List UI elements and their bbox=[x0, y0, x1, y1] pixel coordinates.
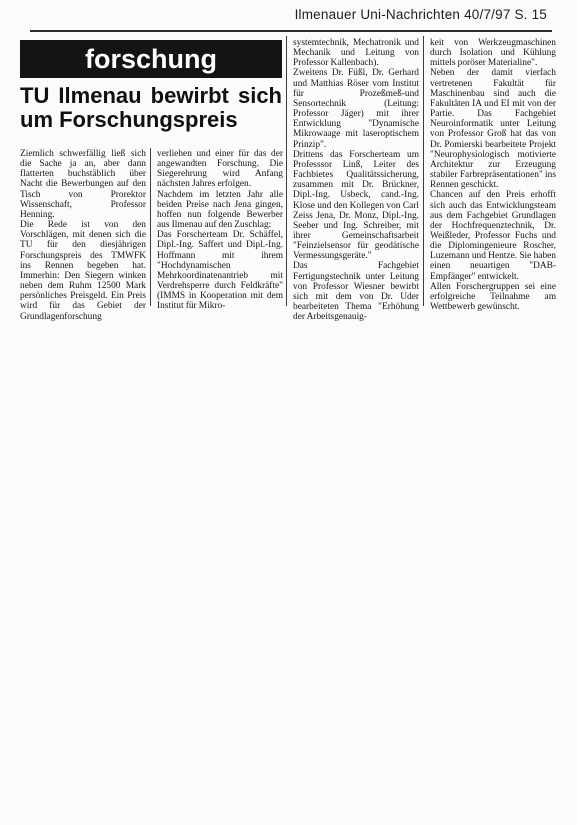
paragraph: Ziemlich schwerfällig ließ sich die Sach… bbox=[20, 149, 146, 220]
article-headline: TU Ilmenau bewirbt sich um Forschungspre… bbox=[20, 84, 282, 132]
article-column-4: keit von Werkzeugmaschinen durch Isolati… bbox=[430, 38, 556, 312]
paragraph: Das Fachgebiet Fertigungstechnik unter L… bbox=[293, 261, 419, 322]
paragraph: Chancen auf den Preis erhofft sich auch … bbox=[430, 190, 556, 281]
column-separator bbox=[150, 148, 151, 306]
section-banner: forschung bbox=[20, 40, 282, 78]
column-separator bbox=[286, 36, 287, 306]
paragraph: keit von Werkzeugmaschinen durch Isolati… bbox=[430, 38, 556, 68]
article-column-3: systemtechnik, Mechatronik und Mechanik … bbox=[293, 38, 419, 322]
header-rule bbox=[30, 30, 552, 32]
paragraph: Das Forscherteam Dr. Schäffel, Dipl.-Ing… bbox=[157, 230, 283, 311]
paragraph: verliehen und einer für das der angewand… bbox=[157, 149, 283, 190]
article-column-2: verliehen und einer für das der angewand… bbox=[157, 149, 283, 312]
paragraph: systemtechnik, Mechatronik und Mechanik … bbox=[293, 38, 419, 68]
headline-line: TU Ilmenau bewirbt sich bbox=[20, 84, 282, 108]
paragraph: Allen Forschergruppen sei eine erfolgrei… bbox=[430, 282, 556, 312]
section-banner-label: forschung bbox=[85, 46, 217, 73]
masthead: Ilmenauer Uni-Nachrichten 40/7/97 S. 15 bbox=[295, 7, 547, 22]
column-separator bbox=[423, 36, 424, 306]
headline-line: um Forschungspreis bbox=[20, 108, 282, 132]
paragraph: Zweitens Dr. Füßl, Dr. Gerhard und Matth… bbox=[293, 68, 419, 149]
article-column-1: Ziemlich schwerfällig ließ sich die Sach… bbox=[20, 149, 146, 322]
paragraph: Neben der damit vierfach vertretenen Fak… bbox=[430, 68, 556, 190]
paragraph: Die Rede ist von den Vorschlägen, mit de… bbox=[20, 220, 146, 322]
paragraph: Drittens das Forscherteam um Professsor … bbox=[293, 150, 419, 262]
paragraph: Nachdem im letzten Jahr alle beiden Prei… bbox=[157, 190, 283, 231]
